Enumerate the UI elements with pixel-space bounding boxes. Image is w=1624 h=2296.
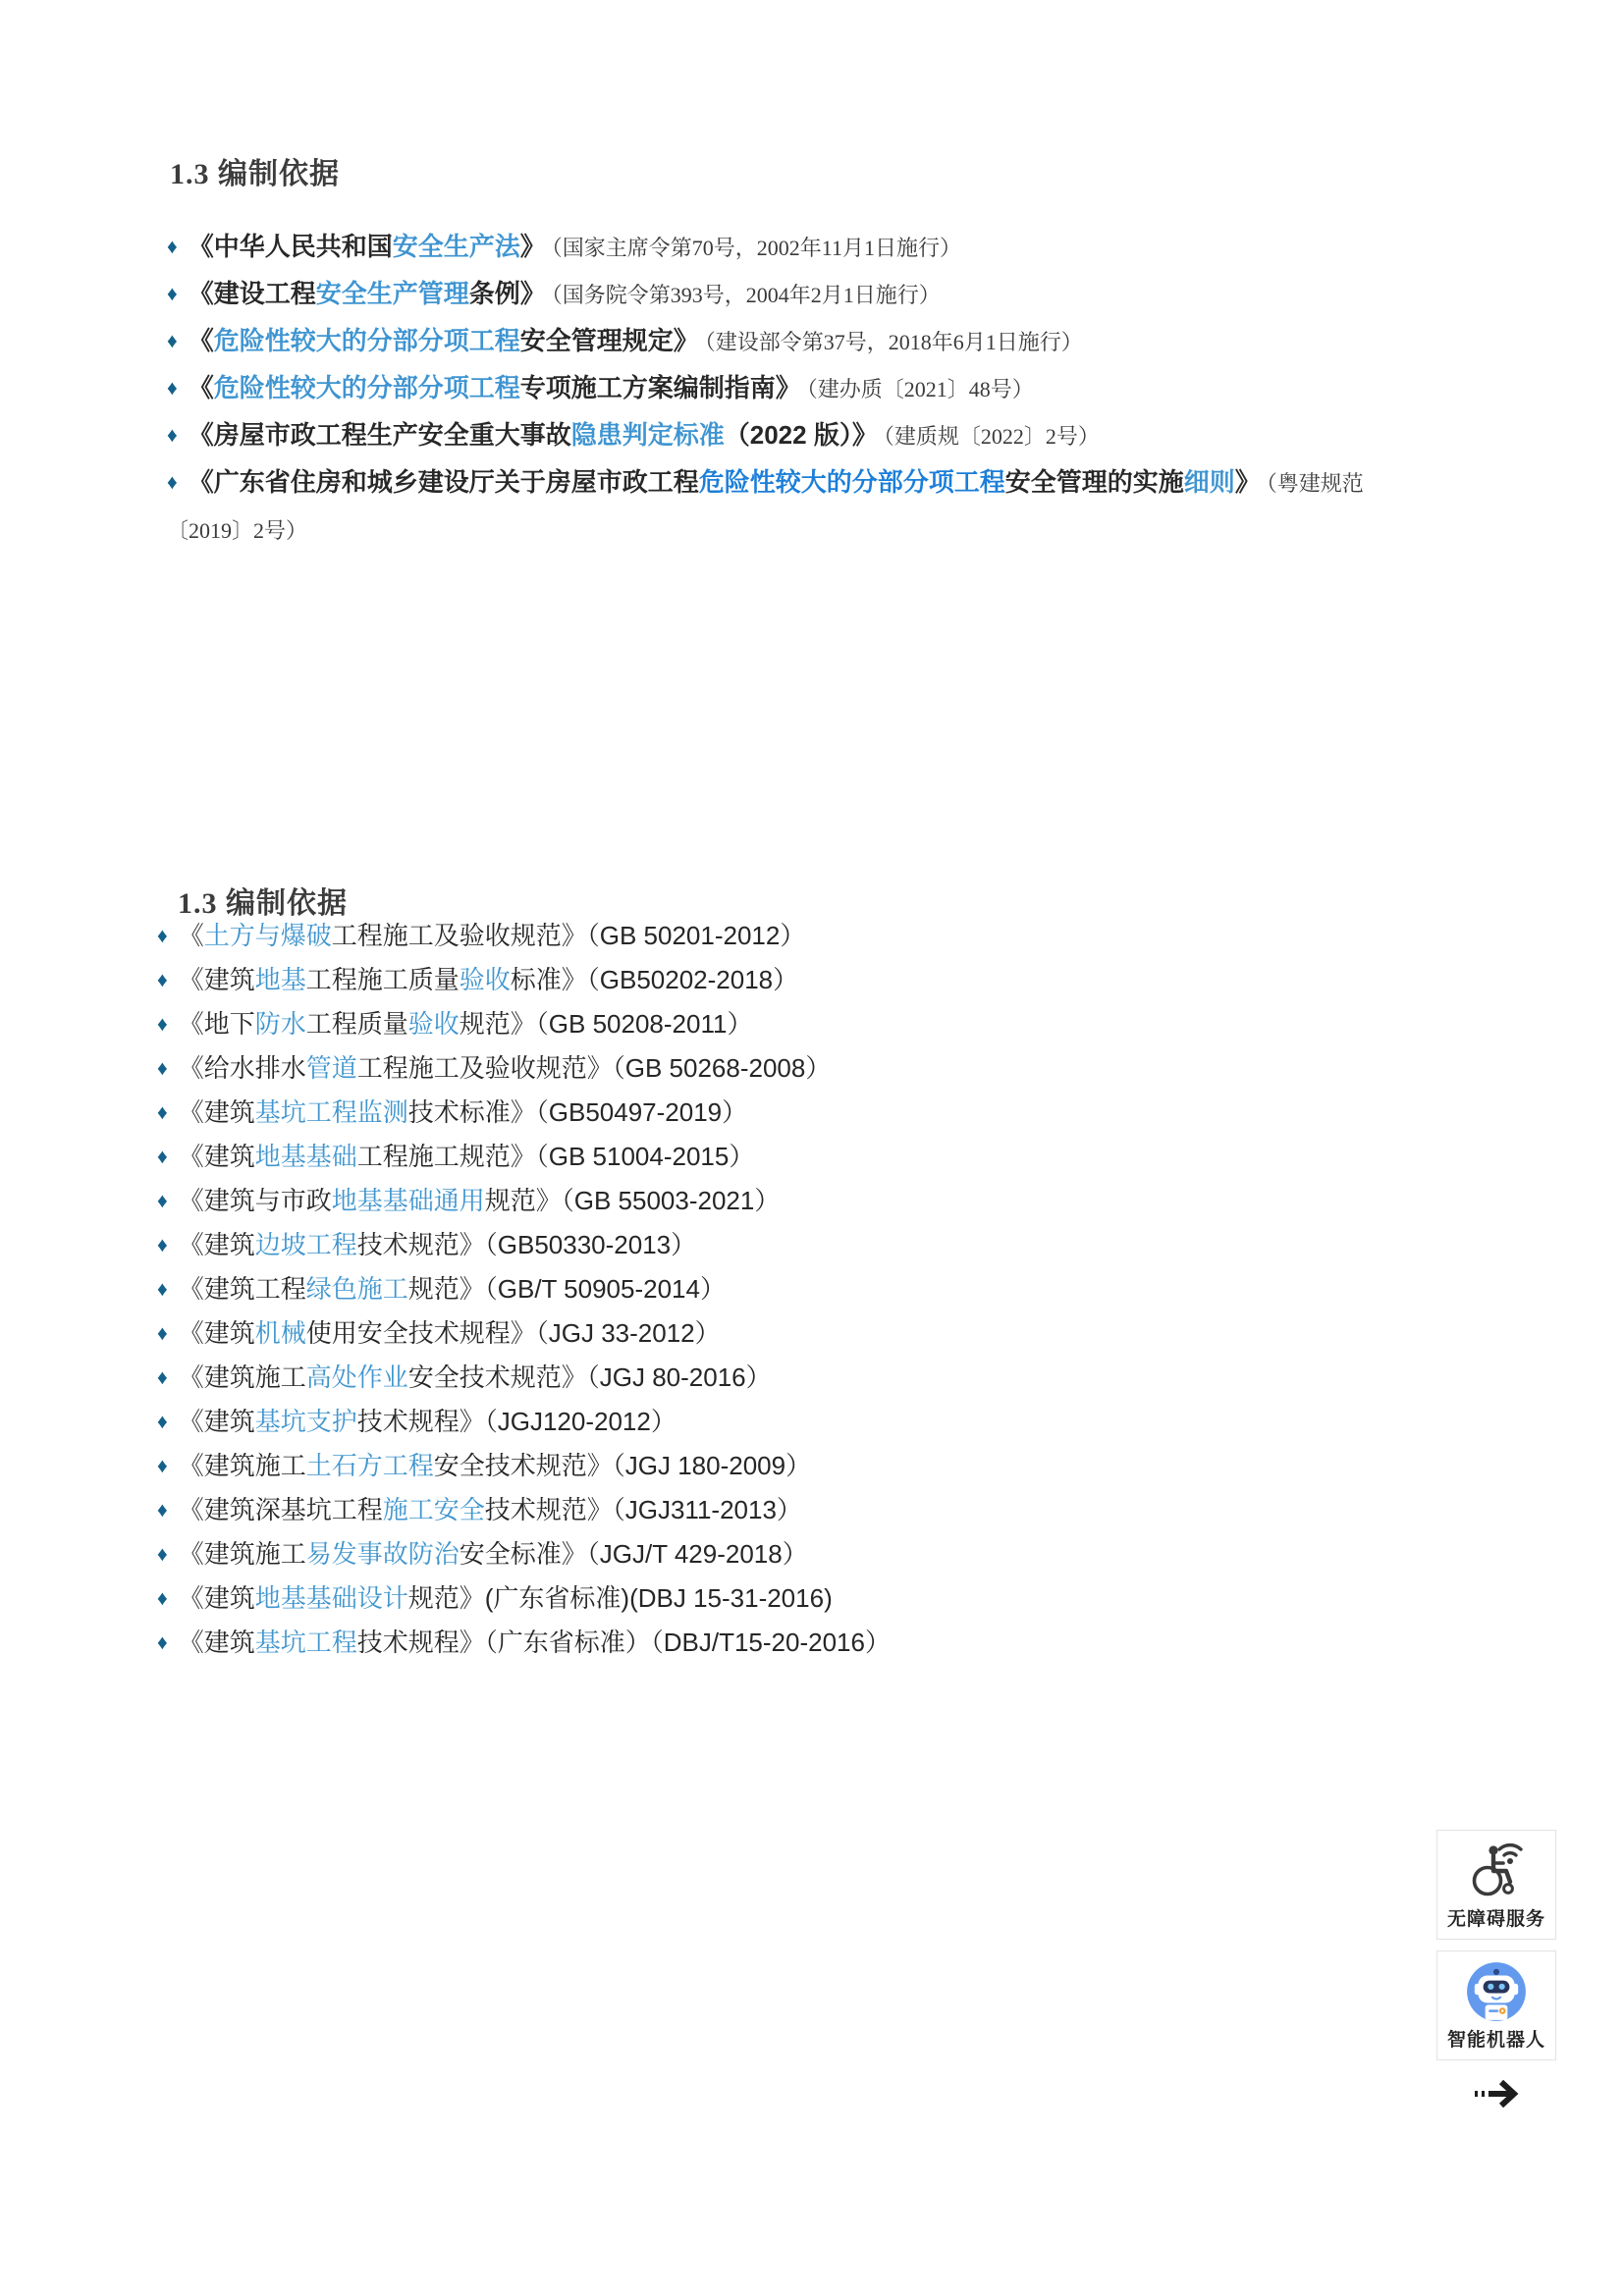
expand-arrow-button[interactable] [1467,2074,1526,2113]
bullet-diamond-icon: ♦ [157,1543,168,1566]
text-segment: 》 [520,232,546,261]
text-segment: 《建筑工程 [179,1274,306,1304]
smart-robot-button[interactable]: 智能机器人 [1436,1950,1556,2060]
bullet-diamond-icon: ♦ [157,1146,168,1168]
text-segment: 《给水排水 [179,1053,306,1083]
reference-list-item: ♦《建筑施工土石方工程安全技术规范》（JGJ 180-2009） [157,1444,1473,1488]
text-segment: 技术标准》（GB50497-2019） [408,1097,747,1127]
text-segment: 《建筑 [179,1142,255,1171]
section1-title: 1.3 编制依据 [170,149,340,192]
bullet-diamond-icon: ♦ [157,1499,168,1522]
text-segment: 《建筑施工 [179,1451,306,1480]
text-segment: 工程质量 [306,1009,408,1039]
text-segment: 安全技术规范》（JGJ 180-2009） [434,1451,811,1480]
keyword-link[interactable]: 基坑工程监测 [255,1097,408,1127]
text-segment: 规范》（GB 50208-2011） [460,1009,753,1039]
robot-icon [1464,1959,1529,2029]
text-segment: （建质规〔2022〕2号） [884,424,1100,449]
keyword-link[interactable]: 地基基础 [255,1142,357,1171]
text-segment: 技术规程》（JGJ120-2012） [357,1407,677,1436]
bullet-diamond-icon: ♦ [167,471,178,494]
text-segment: 工程施工及验收规范》（GB 50268-2008） [357,1053,832,1083]
text-segment: 《建设工程 [189,279,316,308]
text-segment: 规范》（GB 55003-2021） [485,1186,781,1215]
bullet-diamond-icon: ♦ [167,236,178,258]
bullet-diamond-icon: ♦ [157,969,168,991]
text-segment: 《 [189,326,214,355]
smart-robot-label: 智能机器人 [1447,2025,1545,2052]
text-segment: 安全标准》（JGJ/T 429-2018） [460,1539,808,1569]
bullet-diamond-icon: ♦ [157,1366,168,1389]
keyword-link[interactable]: 土石方工程 [306,1451,434,1480]
reference-list-item: ♦《建筑基坑工程监测技术标准》（GB50497-2019） [157,1091,1473,1135]
bullet-diamond-icon: ♦ [157,1411,168,1433]
reference-list-item: ♦《危险性较大的分部分项工程安全管理规定》（建设部令第37号，2018年6月1日… [167,318,1424,365]
keyword-link[interactable]: 地基基础通用 [332,1186,485,1215]
text-segment: 技术规范》（GB50330-2013） [357,1230,696,1259]
bullet-diamond-icon: ♦ [157,1190,168,1212]
text-segment: 《建筑 [179,1230,255,1259]
keyword-link[interactable]: 边坡工程 [255,1230,357,1259]
text-segment: （国务院令第393号，2004年2月1日施行） [552,283,941,307]
text-segment: 工程施工规范》（GB 51004-2015） [357,1142,755,1171]
text-segment: 《广东省住房和城乡建设厅关于房屋市政工程 [189,467,699,497]
reference-list-item: ♦《建筑地基基础工程施工规范》（GB 51004-2015） [157,1135,1473,1179]
text-segment: 《建筑 [179,1583,255,1613]
text-segment: 》 [1235,467,1261,497]
bullet-diamond-icon: ♦ [157,1587,168,1610]
keyword-link[interactable]: 危险性较大的分部分项工程 [699,467,1005,497]
text-segment: 《房屋市政工程生产安全重大事故 [189,420,571,450]
keyword-link[interactable]: 易发事故防治 [306,1539,460,1569]
keyword-link[interactable]: 防水 [255,1009,306,1039]
text-segment: 标准》（GB50202-2018） [511,965,798,994]
text-segment: （2022 版）》 [725,420,878,450]
text-segment: 《建筑 [179,965,255,994]
keyword-link[interactable]: 机械 [255,1318,306,1348]
reference-list-item: ♦《中华人民共和国安全生产法》（国家主席令第70号，2002年11月1日施行） [167,224,1424,271]
keyword-link[interactable]: 危险性较大的分部分项工程 [214,373,520,402]
bullet-diamond-icon: ♦ [167,377,178,400]
reference-list-item: ♦《建筑机械使用安全技术规程》（JGJ 33-2012） [157,1311,1473,1356]
text-segment: 安全技术规范》（JGJ 80-2016） [408,1362,772,1392]
keyword-link[interactable]: 基坑工程 [255,1628,357,1657]
keyword-link[interactable]: 土方与爆破 [204,921,332,950]
keyword-link[interactable]: 绿色施工 [306,1274,408,1304]
accessibility-service-label: 无障碍服务 [1447,1904,1545,1931]
keyword-link[interactable]: 验收 [408,1009,460,1039]
reference-list-item: ♦《建筑基坑工程技术规程》（广东省标准）（DBJ/T15-20-2016） [157,1621,1473,1665]
bullet-diamond-icon: ♦ [157,1101,168,1124]
text-segment: 《建筑 [179,1628,255,1657]
keyword-link[interactable]: 安全生产管理 [316,279,469,308]
text-segment: 技术规范》（JGJ311-2013） [485,1495,802,1524]
bullet-diamond-icon: ♦ [157,1057,168,1080]
text-segment: 工程施工及验收规范》（GB 50201-2012） [332,921,806,950]
dashed-right-arrow-icon [1467,2074,1526,2113]
text-segment: 条例》 [469,279,546,308]
bullet-diamond-icon: ♦ [157,1322,168,1345]
bullet-diamond-icon: ♦ [157,1455,168,1477]
keyword-link[interactable]: 安全生产法 [393,232,520,261]
accessibility-service-button[interactable]: 无障碍服务 [1436,1830,1556,1940]
text-segment: 《建筑 [179,1318,255,1348]
text-segment: 《建筑深基坑工程 [179,1495,383,1524]
reference-list-item: ♦《给水排水管道工程施工及验收规范》（GB 50268-2008） [157,1046,1473,1091]
text-segment: 技术规程》（广东省标准）（DBJ/T15-20-2016） [357,1628,891,1657]
text-segment: （国家主席令第70号，2002年11月1日施行） [552,236,961,260]
text-segment: 安全管理的实施 [1005,467,1184,497]
bullet-diamond-icon: ♦ [167,330,178,352]
reference-list-item: ♦《建筑深基坑工程施工安全技术规范》（JGJ311-2013） [157,1488,1473,1532]
reference-list-item: ♦《危险性较大的分部分项工程专项施工方案编制指南》（建办质〔2021〕48号） [167,365,1424,412]
reference-list-item: ♦《建筑与市政地基基础通用规范》（GB 55003-2021） [157,1179,1473,1223]
text-segment: 规范》（GB/T 50905-2014） [408,1274,726,1304]
text-segment: 专项施工方案编制指南》 [520,373,801,402]
keyword-link[interactable]: 验收 [460,965,511,994]
reference-list-item: ♦《房屋市政工程生产安全重大事故隐患判定标准（2022 版）》（建质规〔2022… [167,412,1424,459]
text-segment: （建办质〔2021〕48号） [807,377,1034,401]
text-segment: 《地下 [179,1009,255,1039]
text-segment: （建设部令第37号，2018年6月1日施行） [705,330,1083,354]
text-segment: 《 [179,921,204,950]
text-segment: 使用安全技术规程》（JGJ 33-2012） [306,1318,721,1348]
bullet-diamond-icon: ♦ [157,1278,168,1301]
text-segment: 《建筑与市政 [179,1186,332,1215]
keyword-link[interactable]: 危险性较大的分部分项工程 [214,326,520,355]
reference-list-item: ♦《建筑基坑支护技术规程》（JGJ120-2012） [157,1400,1473,1444]
text-segment: 工程施工质量 [306,965,460,994]
text-segment: 《建筑施工 [179,1362,306,1392]
bullet-diamond-icon: ♦ [167,424,178,447]
bullet-diamond-icon: ♦ [157,1013,168,1036]
bullet-diamond-icon: ♦ [157,925,168,947]
text-segment: 《建筑施工 [179,1539,306,1569]
section2-reference-list: ♦《土方与爆破工程施工及验收规范》（GB 50201-2012）♦《建筑地基工程… [157,914,1473,1665]
reference-list-item: ♦《土方与爆破工程施工及验收规范》（GB 50201-2012） [157,914,1473,958]
bullet-diamond-icon: ♦ [167,283,178,305]
reference-list-item: ♦《地下防水工程质量验收规范》（GB 50208-2011） [157,1002,1473,1046]
text-segment: 《 [189,373,214,402]
keyword-link[interactable]: 高处作业 [306,1362,408,1392]
text-segment: 《建筑 [179,1097,255,1127]
reference-list-item: ♦《建筑地基基础设计规范》(广东省标准)(DBJ 15-31-2016) [157,1576,1473,1621]
reference-list-item: ♦《建设工程安全生产管理条例》（国务院令第393号，2004年2月1日施行） [167,271,1424,318]
text-segment: 安全管理规定》 [520,326,699,355]
reference-list-item: ♦《建筑地基工程施工质量验收标准》（GB50202-2018） [157,958,1473,1002]
text-segment: 《中华人民共和国 [189,232,393,261]
bullet-diamond-icon: ♦ [157,1234,168,1256]
reference-list-item: ♦《广东省住房和城乡建设厅关于房屋市政工程危险性较大的分部分项工程安全管理的实施… [167,459,1424,554]
reference-list-item: ♦《建筑工程绿色施工规范》（GB/T 50905-2014） [157,1267,1473,1311]
keyword-link[interactable]: 地基基础设计 [255,1583,408,1613]
reference-list-item: ♦《建筑施工高处作业安全技术规范》（JGJ 80-2016） [157,1356,1473,1400]
keyword-link[interactable]: 基坑支护 [255,1407,357,1436]
reference-list-item: ♦《建筑施工易发事故防治安全标准》（JGJ/T 429-2018） [157,1532,1473,1576]
keyword-link[interactable]: 管道 [306,1053,357,1083]
bullet-diamond-icon: ♦ [157,1631,168,1654]
reference-list-item: ♦《建筑边坡工程技术规范》（GB50330-2013） [157,1223,1473,1267]
keyword-link[interactable]: 细则 [1184,467,1235,497]
wheelchair-wifi-icon [1464,1839,1529,1904]
keyword-link[interactable]: 地基 [255,965,306,994]
keyword-link[interactable]: 施工安全 [383,1495,485,1524]
keyword-link[interactable]: 隐患判定标准 [571,420,725,450]
text-segment: 规范》(广东省标准)(DBJ 15-31-2016) [408,1583,833,1613]
text-segment: 《建筑 [179,1407,255,1436]
section1-reference-list: ♦《中华人民共和国安全生产法》（国家主席令第70号，2002年11月1日施行）♦… [167,224,1424,554]
